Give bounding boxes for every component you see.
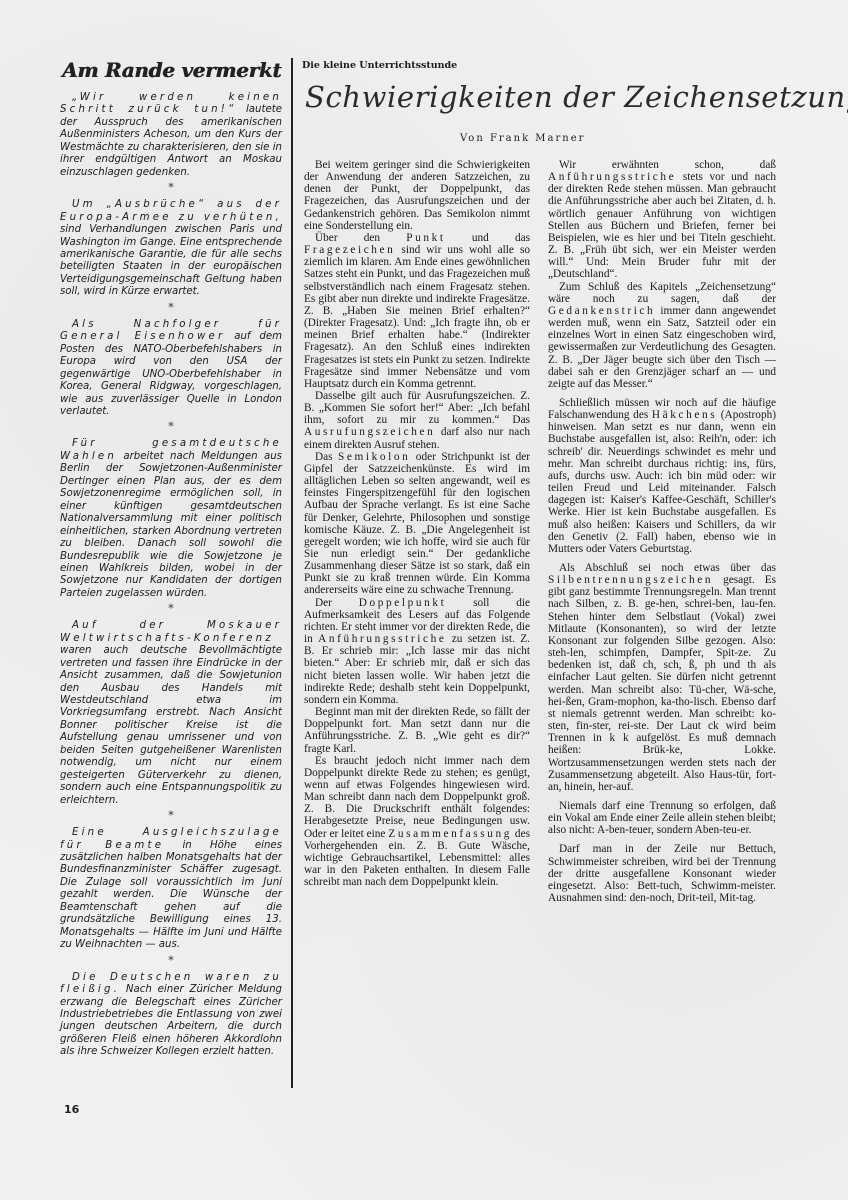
- paragraph-text: Als Abschluß sei noch etwas über das: [559, 562, 776, 574]
- spaced-emphasis: Anführungsstriche: [318, 633, 446, 645]
- spaced-emphasis: Häkchens: [652, 409, 717, 421]
- paragraph-text: Über den: [315, 232, 406, 244]
- spaced-emphasis: Fragezeichen: [304, 244, 395, 256]
- sidebar-news-item: Eine Ausgleichszulage für Beamte in Höhe…: [60, 827, 282, 952]
- page-number: 16: [64, 1103, 79, 1116]
- sidebar-news-item: Die Deutschen waren zu fleißig. Nach ein…: [60, 972, 282, 1059]
- article-paragraph: Darf man in der Zeile nur Bettuch, Schwi…: [548, 843, 776, 904]
- sidebar-news-item: Auf der Moskauer Weltwirtschafts-Konfere…: [60, 620, 282, 807]
- paragraph-text: sind wir uns wohl alle so ziemlich im kl…: [304, 244, 530, 390]
- paragraph-text: Niemals darf eine Trennung so erfolgen, …: [548, 800, 776, 836]
- paragraph-text: Dasselbe gilt auch für Ausrufungszeichen…: [304, 390, 530, 426]
- sidebar-items: „Wir werden keinen Schritt zurück tun!“ …: [60, 92, 282, 1059]
- article-paragraph: Bei weitem geringer sind die Schwierigke…: [304, 159, 530, 232]
- asterisk-separator-icon: *: [60, 809, 282, 823]
- spaced-emphasis: Ausrufungszeichen: [304, 426, 435, 438]
- article-paragraph: Das Semikolon oder Strichpunkt ist der G…: [304, 451, 530, 597]
- article-kicker: Die kleine Unterrichtsstunde: [302, 60, 457, 71]
- paragraph-text: Darf man in der Zeile nur Bettuch, Schwi…: [548, 843, 776, 904]
- spaced-emphasis: Anführungsstriche: [548, 171, 676, 183]
- asterisk-separator-icon: *: [60, 181, 282, 195]
- spaced-emphasis: Punkt: [406, 232, 445, 244]
- asterisk-separator-icon: *: [60, 420, 282, 434]
- article-paragraph: Dasselbe gilt auch für Ausrufungszeichen…: [304, 390, 530, 451]
- paragraph-text: Zum Schluß des Kapitels „Zeichensetzung“…: [548, 281, 776, 305]
- news-item-lead: Auf der Moskauer Weltwirtschafts-Konfere…: [60, 620, 282, 643]
- asterisk-separator-icon: *: [60, 602, 282, 616]
- sidebar-title: Am Rande vermerkt: [62, 58, 282, 82]
- news-item-text: in Höhe eines zusätzlichen halben Monats…: [60, 840, 282, 951]
- spaced-emphasis: Semikolon: [338, 451, 410, 463]
- article-paragraph: Niemals darf eine Trennung so erfolgen, …: [548, 800, 776, 836]
- paragraph-text: und das: [446, 232, 530, 244]
- paragraph-text: gesagt. Es gibt ganz bestimmte Trennungs…: [548, 574, 776, 793]
- news-item-text: sind Verhandlungen zwischen Paris und Wa…: [60, 224, 282, 297]
- article-column-right: Wir erwähnten schon, daß Anführungsstric…: [548, 159, 776, 904]
- article-paragraph: Der Doppelpunkt soll die Aufmerksamkeit …: [304, 597, 530, 706]
- article-paragraph: Über den Punkt und das Fragezeichen sind…: [304, 232, 530, 390]
- asterisk-separator-icon: *: [60, 301, 282, 315]
- sidebar-news-item: Um „Ausbrüche“ aus der Europa-Armee zu v…: [60, 199, 282, 299]
- article-paragraph: Als Abschluß sei noch etwas über das Sil…: [548, 562, 776, 793]
- spaced-emphasis: Doppelpunkt: [359, 597, 447, 609]
- article-paragraph: Beginnt man mit der direkten Rede, so fä…: [304, 706, 530, 755]
- paragraph-text: stets vor und nach der direkten Rede ste…: [548, 171, 776, 280]
- sidebar-column: Am Rande vermerkt „Wir werden keinen Sch…: [60, 58, 282, 1059]
- paragraph-text: Der: [315, 597, 359, 609]
- spaced-emphasis: Gedankenstrich: [548, 305, 655, 317]
- paragraph-text: oder Strichpunkt ist der Gipfel der Satz…: [304, 451, 530, 597]
- paragraph-text: (Apostroph) hinweisen. Man setzt es nur …: [548, 409, 776, 555]
- paragraph-text: immer dann angewendet werden muß, wenn e…: [548, 305, 776, 390]
- article-byline: Von Frank Marner: [460, 133, 585, 144]
- article-paragraph: Schließlich müssen wir noch auf die häuf…: [548, 397, 776, 555]
- spaced-emphasis: Silbentrennungszeichen: [548, 574, 713, 586]
- news-item-text: arbeitet nach Meldungen aus Berlin der S…: [60, 451, 282, 599]
- news-item-text: auf dem Posten des NATO-Oberbefehlshaber…: [60, 331, 282, 417]
- news-item-text: waren auch deutsche Bevollmächtigte vert…: [60, 645, 282, 805]
- article-paragraph: Zum Schluß des Kapitels „Zeichensetzung“…: [548, 281, 776, 390]
- article-paragraph: Wir erwähnten schon, daß Anführungsstric…: [548, 159, 776, 281]
- sidebar-news-item: Als Nachfolger für General Eisenhower au…: [60, 319, 282, 419]
- article-paragraph: Es braucht jedoch nicht immer nach dem D…: [304, 755, 530, 889]
- paragraph-text: Beginnt man mit der direkten Rede, so fä…: [304, 706, 530, 754]
- news-item-lead: Um „Ausbrüche“ aus der Europa-Armee zu v…: [60, 199, 282, 222]
- spaced-emphasis: Zusammenfassung: [388, 828, 512, 840]
- paragraph-text: Bei weitem geringer sind die Schwierigke…: [304, 159, 530, 232]
- article-title: Schwierigkeiten der Zeichensetzung: [305, 80, 775, 114]
- asterisk-separator-icon: *: [60, 954, 282, 968]
- magazine-page: Am Rande vermerkt „Wir werden keinen Sch…: [0, 0, 848, 1200]
- paragraph-text: Wir erwähnten schon, daß: [559, 159, 776, 171]
- column-divider: [291, 58, 293, 1088]
- paragraph-text: Das: [315, 451, 338, 463]
- sidebar-news-item: „Wir werden keinen Schritt zurück tun!“ …: [60, 92, 282, 179]
- sidebar-news-item: Für gesamtdeutsche Wahlen arbeitet nach …: [60, 438, 282, 600]
- article-column-middle: Bei weitem geringer sind die Schwierigke…: [304, 159, 530, 888]
